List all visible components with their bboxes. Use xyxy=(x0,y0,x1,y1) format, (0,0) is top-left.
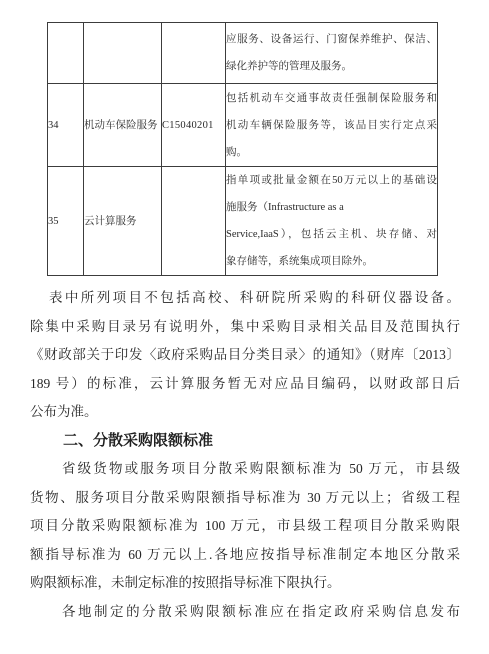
body-line: 购限额标准，未制定标准的按照指导标准下限执行。 xyxy=(30,569,460,598)
description-line: 绿化养护等的管理及服务。 xyxy=(226,53,437,80)
body-line: 货物、服务项目分散采购限额指导标准为 30 万元以上；省级工程 xyxy=(30,484,460,513)
body-line: 《财政部关于印发〈政府采购品目分类目录〉的通知》（财库〔2013〕 xyxy=(30,341,460,370)
description-line: 购。 xyxy=(226,139,437,166)
body-line: 表中所列项目不包括高校、科研院所采购的科研仪器设备。 xyxy=(30,284,460,313)
body-text: 表中所列项目不包括高校、科研院所采购的科研仪器设备。 除集中采购目录另有说明外，… xyxy=(30,284,460,626)
body-line: 省级货物或服务项目分散采购限额标准为 50 万元，市县级 xyxy=(30,455,460,484)
body-line: 额指导标准为 60 万元以上.各地应按指导标准制定本地区分散采 xyxy=(30,541,460,570)
procurement-items-table: 应服务、设备运行、门窗保养维护、保洁、 绿化养护等的管理及服务。 34 机动车保… xyxy=(47,22,438,276)
description-line: 应服务、设备运行、门窗保养维护、保洁、 xyxy=(226,26,437,53)
table-row-continued: 应服务、设备运行、门窗保养维护、保洁、 绿化养护等的管理及服务。 xyxy=(48,23,438,84)
description-line: 包括机动车交通事故责任强制保险服务和 xyxy=(226,85,437,112)
cell-code: C15040201 xyxy=(162,84,226,167)
body-line: 各地制定的分散采购限额标准应在指定政府采购信息发布 xyxy=(30,598,460,627)
cell-name xyxy=(84,23,162,84)
cell-description: 包括机动车交通事故责任强制保险服务和 机动车辆保险服务等，该品目实行定点采 购。 xyxy=(226,84,438,167)
cell-description: 应服务、设备运行、门窗保养维护、保洁、 绿化养护等的管理及服务。 xyxy=(226,23,438,84)
description-line: 象存储等，系统集成项目除外。 xyxy=(226,248,437,275)
table-row-35: 35 云计算服务 指单项或批量金额在50万元以上的基础设 施服务（Infrast… xyxy=(48,167,438,276)
body-line: 公布为准。 xyxy=(30,398,460,427)
description-line: 指单项或批量金额在50万元以上的基础设 xyxy=(226,167,437,194)
cell-code xyxy=(162,167,226,276)
cell-seq: 35 xyxy=(48,167,84,276)
cell-name: 机动车保险服务 xyxy=(84,84,162,167)
cell-seq xyxy=(48,23,84,84)
cell-description: 指单项或批量金额在50万元以上的基础设 施服务（Infrastructure a… xyxy=(226,167,438,276)
cell-name: 云计算服务 xyxy=(84,167,162,276)
body-line: 除集中采购目录另有说明外，集中采购目录相关品目及范围执行 xyxy=(30,313,460,342)
cell-code xyxy=(162,23,226,84)
section-heading: 二、分散采购限额标准 xyxy=(30,427,460,456)
body-line: 189 号）的标准，云计算服务暂无对应品目编码，以财政部日后 xyxy=(30,370,460,399)
description-line: 机动车辆保险服务等，该品目实行定点采 xyxy=(226,112,437,139)
paragraph-local-standards: 各地制定的分散采购限额标准应在指定政府采购信息发布 xyxy=(30,598,460,627)
description-line: Service,IaaS），包括云主机、块存储、对 xyxy=(226,221,437,248)
paragraph-table-note: 表中所列项目不包括高校、科研院所采购的科研仪器设备。 除集中采购目录另有说明外，… xyxy=(30,284,460,427)
table-row-34: 34 机动车保险服务 C15040201 包括机动车交通事故责任强制保险服务和 … xyxy=(48,84,438,167)
document-page: 应服务、设备运行、门窗保养维护、保洁、 绿化养护等的管理及服务。 34 机动车保… xyxy=(0,0,489,654)
cell-seq: 34 xyxy=(48,84,84,167)
description-line: 施服务（Infrastructure as a xyxy=(226,194,437,221)
body-line: 项目分散采购限额标准为 100 万元，市县级工程项目分散采购限 xyxy=(30,512,460,541)
paragraph-decentralized-limits: 省级货物或服务项目分散采购限额标准为 50 万元，市县级 货物、服务项目分散采购… xyxy=(30,455,460,598)
